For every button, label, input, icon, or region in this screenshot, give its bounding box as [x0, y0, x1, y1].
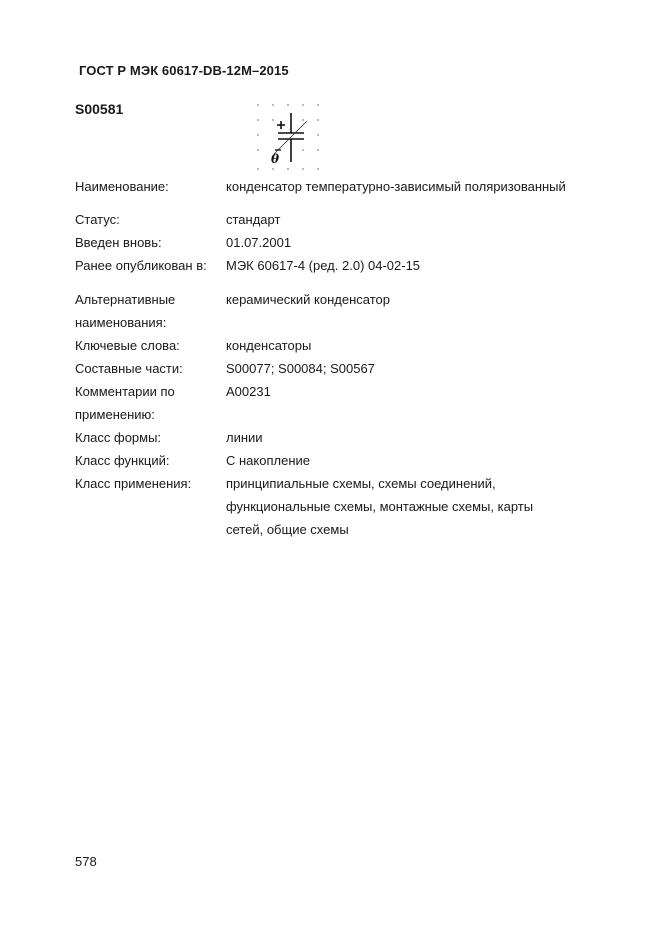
field-value: принципиальные схемы, схемы соединений, …: [226, 472, 586, 541]
field-value: конденсатор температурно-зависимый поляр…: [226, 175, 586, 198]
field-label: Класс формы:: [75, 426, 225, 449]
field-label: Введен вновь:: [75, 231, 225, 254]
field-label: Класс функций:: [75, 449, 225, 472]
field-value: 01.07.2001: [226, 231, 586, 254]
field-value: A00231: [226, 380, 586, 403]
field-label: Альтернативные наименования:: [75, 288, 225, 334]
field-value: конденсаторы: [226, 334, 586, 357]
field-label: Класс применения:: [75, 472, 225, 495]
field-value: S00077; S00084; S00567: [226, 357, 586, 380]
field-label: Составные части:: [75, 357, 225, 380]
field-label: Ключевые слова:: [75, 334, 225, 357]
field-value: МЭК 60617-4 (ред. 2.0) 04-02-15: [226, 254, 586, 277]
capacitor-symbol-icon: θ: [256, 102, 320, 172]
page-number: 578: [75, 854, 97, 869]
field-value: стандарт: [226, 208, 586, 231]
svg-text:θ: θ: [271, 152, 279, 166]
field-label: Статус:: [75, 208, 225, 231]
symbol-code: S00581: [75, 101, 123, 117]
field-label: Ранее опубликован в:: [75, 254, 225, 277]
field-value: С накопление: [226, 449, 586, 472]
field-label: Наименование:: [75, 175, 225, 198]
document-header: ГОСТ Р МЭК 60617-DB-12M–2015: [79, 63, 289, 78]
field-value: керамический конденсатор: [226, 288, 586, 311]
field-value: линии: [226, 426, 586, 449]
field-label: Комментарии по применению:: [75, 380, 225, 426]
